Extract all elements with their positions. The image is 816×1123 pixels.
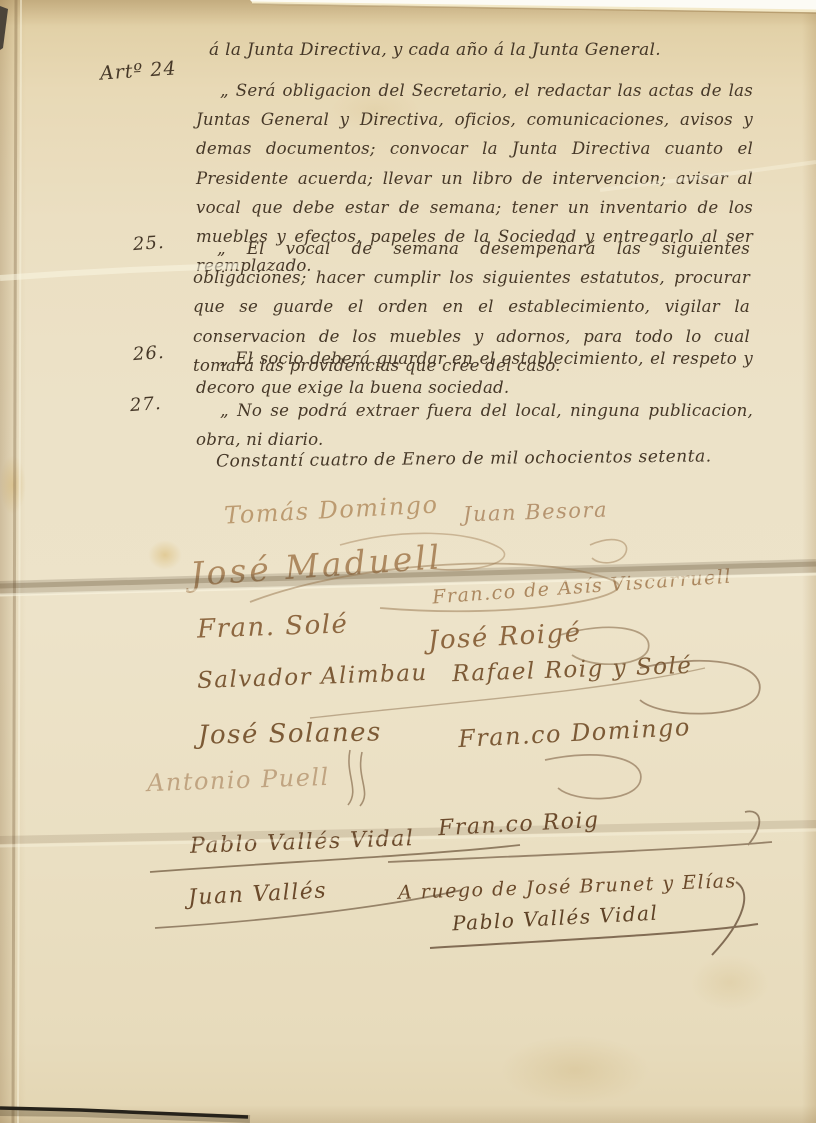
paper-stain bbox=[690, 955, 770, 1010]
signature: Tomás Domingo bbox=[223, 490, 439, 529]
manuscript-page: á la Junta Directiva, y cada año á la Ju… bbox=[0, 0, 816, 1123]
paper-right-edge-shading bbox=[802, 0, 816, 1123]
signature: Pablo Vallés Vidal bbox=[190, 826, 415, 859]
signature: Juan Besora bbox=[463, 497, 609, 526]
article-number: 26. bbox=[132, 342, 165, 365]
article-number: 27. bbox=[129, 393, 162, 416]
signature: Salvador Alimbau bbox=[197, 660, 429, 694]
signature: José Solanes bbox=[198, 717, 382, 750]
paper-bottom-shading bbox=[0, 1105, 816, 1123]
article-text: „ El socio deberá guardar en el establec… bbox=[196, 344, 753, 402]
signature: Pablo Vallés Vidal bbox=[452, 901, 659, 936]
article-text: „ No se podrá extraer fuera del local, n… bbox=[196, 396, 753, 454]
article-number: 25. bbox=[132, 232, 165, 255]
signature: José Maduell bbox=[189, 537, 444, 594]
signature-flourish bbox=[545, 755, 641, 799]
paper-stain bbox=[500, 1035, 650, 1105]
signature: Rafael Roig y Solé bbox=[452, 653, 693, 687]
paper-top-shading bbox=[0, 0, 816, 26]
signature-flourish bbox=[590, 540, 627, 563]
signature: Fran.co de Asís Viscarruell bbox=[432, 566, 733, 609]
signature: Fran.co Roig bbox=[437, 808, 600, 841]
signature-flourish bbox=[348, 750, 365, 806]
signature: José Roigé bbox=[427, 618, 582, 656]
signature: Fran. Solé bbox=[197, 609, 349, 644]
dateline: Constantí cuatro de Enero de mil ochocie… bbox=[216, 446, 712, 471]
article-number: Artº 24 bbox=[99, 57, 177, 84]
continuation-line: á la Junta Directiva, y cada año á la Ju… bbox=[209, 40, 661, 60]
signature: A ruego de José Brunet y Elías bbox=[398, 870, 737, 904]
paper-left-edge-shading bbox=[0, 0, 26, 1123]
paper-stain bbox=[148, 540, 182, 570]
signature: Fran.co Domingo bbox=[457, 713, 691, 753]
signature: Juan Vallés bbox=[187, 878, 327, 910]
signature: Antonio Puell bbox=[147, 763, 331, 797]
